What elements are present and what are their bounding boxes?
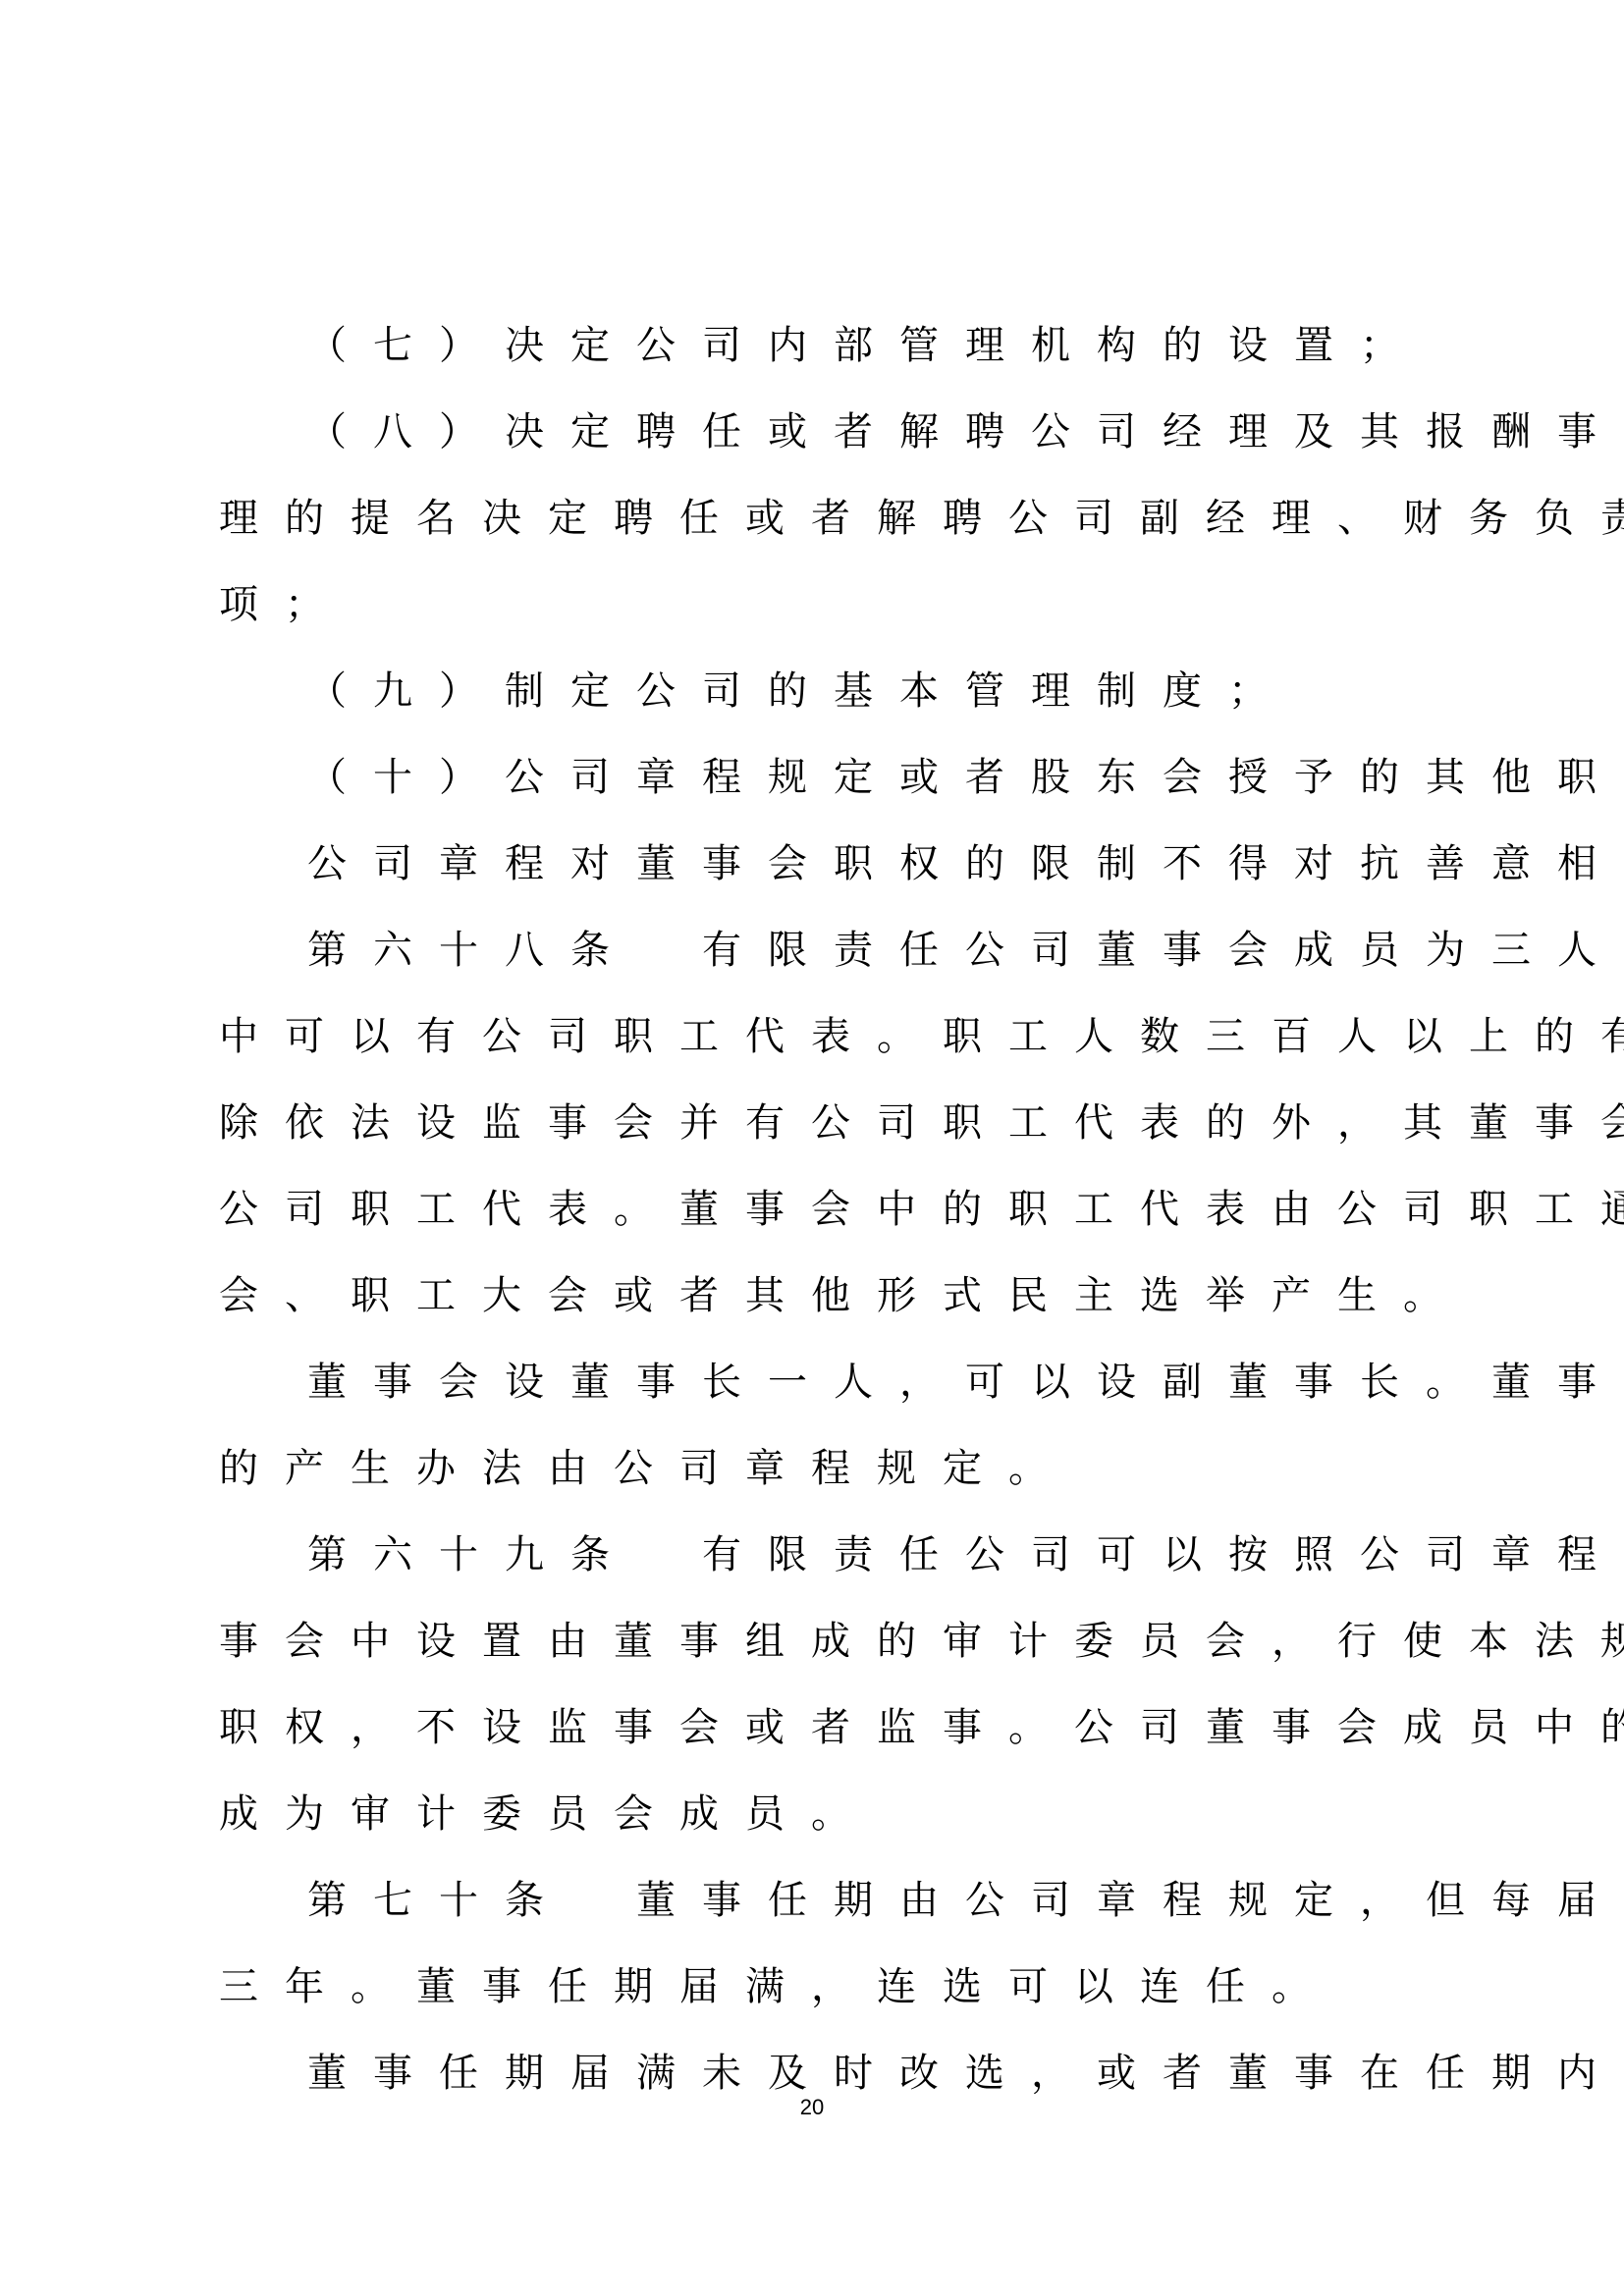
paragraph-line: （九）制定公司的基本管理制度； <box>219 648 1427 734</box>
paragraph-line: 项； <box>219 561 1427 648</box>
paragraph-line: 的产生办法由公司章程规定。 <box>219 1425 1427 1512</box>
paragraph-line: 三年。董事任期届满，连选可以连任。 <box>219 1944 1427 2030</box>
article-68-heading-line: 第六十八条 有限责任公司董事会成员为三人以上，其成员 <box>219 907 1427 993</box>
paragraph-line: 公司职工代表。董事会中的职工代表由公司职工通过职工代表大 <box>219 1166 1427 1253</box>
paragraph-line: 理的提名决定聘任或者解聘公司副经理、财务负责人及其报酬事 <box>219 475 1427 561</box>
paragraph-line: （八）决定聘任或者解聘公司经理及其报酬事项，并根据经 <box>219 389 1427 475</box>
page-number: 20 <box>0 2095 1624 2120</box>
paragraph-line: 除依法设监事会并有公司职工代表的外，其董事会成员中应当有 <box>219 1080 1427 1166</box>
paragraph-line: 职权，不设监事会或者监事。公司董事会成员中的职工代表可以 <box>219 1684 1427 1771</box>
paragraph-line: 事会中设置由董事组成的审计委员会，行使本法规定的监事会的 <box>219 1598 1427 1684</box>
paragraph-line: （七）决定公司内部管理机构的设置； <box>219 302 1427 389</box>
paragraph-line: 会、职工大会或者其他形式民主选举产生。 <box>219 1253 1427 1339</box>
paragraph-line: （十）公司章程规定或者股东会授予的其他职权。 <box>219 734 1427 821</box>
article-70-heading-line: 第七十条 董事任期由公司章程规定，但每届任期不得超过 <box>219 1857 1427 1944</box>
paragraph-line: 董事会设董事长一人，可以设副董事长。董事长、副董事长 <box>219 1339 1427 1425</box>
paragraph-line: 成为审计委员会成员。 <box>219 1771 1427 1857</box>
article-69-heading-line: 第六十九条 有限责任公司可以按照公司章程的规定在董 <box>219 1512 1427 1598</box>
paragraph-line: 公司章程对董事会职权的限制不得对抗善意相对人。 <box>219 821 1427 907</box>
document-page: （七）决定公司内部管理机构的设置； （八）决定聘任或者解聘公司经理及其报酬事项，… <box>0 0 1624 2296</box>
paragraph-line: 中可以有公司职工代表。职工人数三百人以上的有限责任公司， <box>219 993 1427 1080</box>
body-text: （七）决定公司内部管理机构的设置； （八）决定聘任或者解聘公司经理及其报酬事项，… <box>219 302 1427 2116</box>
